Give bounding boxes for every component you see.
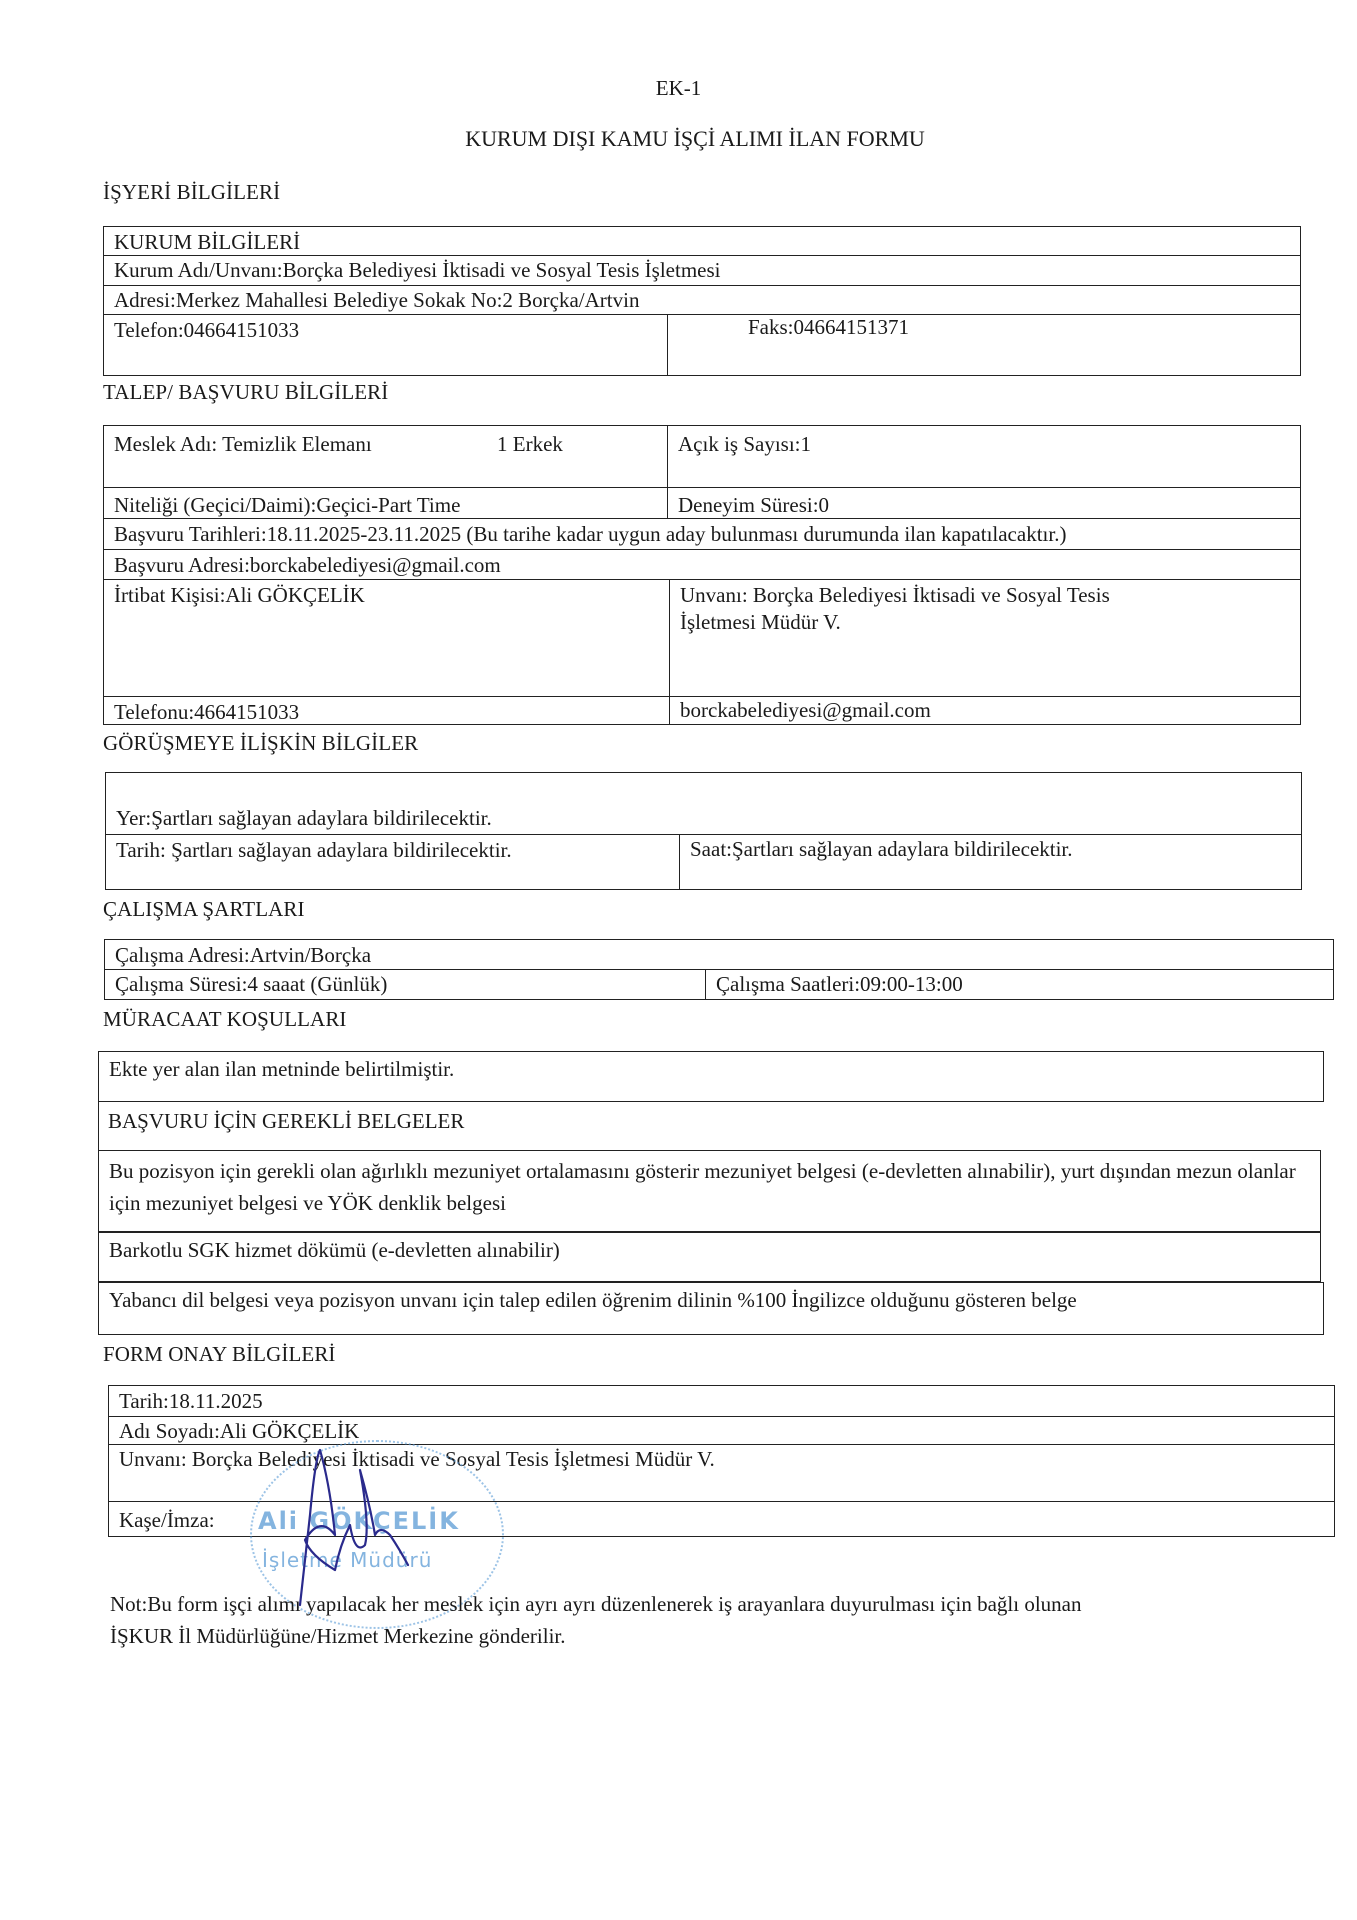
belge-item: Yabancı dil belgesi veya pozisyon unvanı…: [98, 1282, 1324, 1335]
onay-adi-soyadi: Adı Soyadı:Ali GÖKÇELİK: [109, 1417, 1334, 1444]
gorusme-table: Yer:Şartları sağlayan adaylara bildirile…: [105, 772, 1302, 890]
niteligi: Niteliği (Geçici/Daimi):Geçici-Part Time: [104, 488, 667, 518]
calisma-table: Çalışma Adresi:Artvin/Borçka Çalışma Sür…: [104, 939, 1334, 1000]
section-title-gorusme: GÖRÜŞMEYE İLİŞKİN BİLGİLER: [103, 731, 418, 756]
muracaat-box: Ekte yer alan ilan metninde belirtilmişt…: [98, 1051, 1324, 1102]
gorusme-yer: Yer:Şartları sağlayan adaylara bildirile…: [106, 773, 1301, 834]
belge-2: Barkotlu SGK hizmet dökümü (e-devletten …: [99, 1233, 1320, 1281]
belge-3: Yabancı dil belgesi veya pozisyon unvanı…: [99, 1283, 1323, 1334]
talep-table: Meslek Adı: Temizlik Elemanı 1 Erkek Açı…: [103, 425, 1301, 725]
gorusme-tarih: Tarih: Şartları sağlayan adaylara bildir…: [106, 835, 679, 889]
irtibat-unvan-line2: İşletmesi Müdür V.: [680, 610, 1300, 634]
calisma-saatleri: Çalışma Saatleri:09:00-13:00: [705, 970, 1333, 999]
belge-item: Bu pozisyon için gerekli olan ağırlıklı …: [98, 1150, 1321, 1232]
basvuru-tarihleri: Başvuru Tarihleri:18.11.2025-23.11.2025 …: [104, 519, 1300, 549]
calisma-suresi: Çalışma Süresi:4 saaat (Günlük): [105, 970, 705, 999]
note-line-1: Not:Bu form işçi alımı yapılacak her mes…: [110, 1592, 1082, 1617]
irtibat-telefon: Telefonu:4664151033: [104, 697, 669, 724]
section-title-isyeri: İŞYERİ BİLGİLERİ: [103, 180, 280, 205]
kurum-box-title: KURUM BİLGİLERİ: [104, 227, 1300, 255]
cinsiyet-sayi: 1 Erkek: [497, 432, 563, 456]
section-title-onay: FORM ONAY BİLGİLERİ: [103, 1342, 336, 1367]
calisma-adresi: Çalışma Adresi:Artvin/Borçka: [105, 940, 1333, 969]
section-title-calisma: ÇALIŞMA ŞARTLARI: [103, 897, 305, 922]
belge-1: Bu pozisyon için gerekli olan ağırlıklı …: [99, 1151, 1320, 1231]
kurum-faks: Faks:04664151371: [667, 315, 1300, 375]
acik-is-sayisi: Açık iş Sayısı:1: [667, 426, 1300, 487]
onay-tarih: Tarih:18.11.2025: [109, 1386, 1334, 1416]
note-line-2: İŞKUR İl Müdürlüğüne/Hizmet Merkezine gö…: [110, 1624, 566, 1649]
irtibat-unvan-line1: Unvanı: Borçka Belediyesi İktisadi ve So…: [680, 583, 1300, 607]
irtibat-email: borckabelediyesi@gmail.com: [669, 697, 1300, 724]
belgeler-title-border: [98, 1102, 100, 1152]
deneyim-suresi: Deneyim Süresi:0: [667, 488, 1300, 518]
kurum-bilgileri-table: KURUM BİLGİLERİ Kurum Adı/Unvanı:Borçka …: [103, 226, 1301, 376]
section-title-muracaat: MÜRACAAT KOŞULLARI: [103, 1007, 347, 1032]
page-title: KURUM DIŞI KAMU İŞÇİ ALIMI İLAN FORMU: [0, 126, 1357, 152]
basvuru-adresi: Başvuru Adresi:borckabelediyesi@gmail.co…: [104, 550, 1300, 579]
section-title-talep: TALEP/ BAŞVURU BİLGİLERİ: [103, 380, 388, 405]
annex-label: EK-1: [0, 76, 1357, 101]
kurum-adres: Adresi:Merkez Mahallesi Belediye Sokak N…: [104, 286, 1300, 314]
kurum-adi: Kurum Adı/Unvanı:Borçka Belediyesi İktis…: [104, 256, 1300, 285]
kurum-telefon: Telefon:04664151033: [104, 315, 667, 375]
gorusme-saat: Saat:Şartları sağlayan adaylara bildiril…: [679, 835, 1301, 889]
meslek-adi: Meslek Adı: Temizlik Elemanı: [114, 432, 372, 456]
irtibat-kisisi: İrtibat Kişisi:Ali GÖKÇELİK: [104, 580, 669, 696]
belgeler-title: BAŞVURU İÇİN GEREKLİ BELGELER: [108, 1109, 464, 1134]
belge-item: Barkotlu SGK hizmet dökümü (e-devletten …: [98, 1232, 1321, 1282]
muracaat-text: Ekte yer alan ilan metninde belirtilmişt…: [99, 1052, 1323, 1101]
signature-icon: [240, 1445, 440, 1615]
